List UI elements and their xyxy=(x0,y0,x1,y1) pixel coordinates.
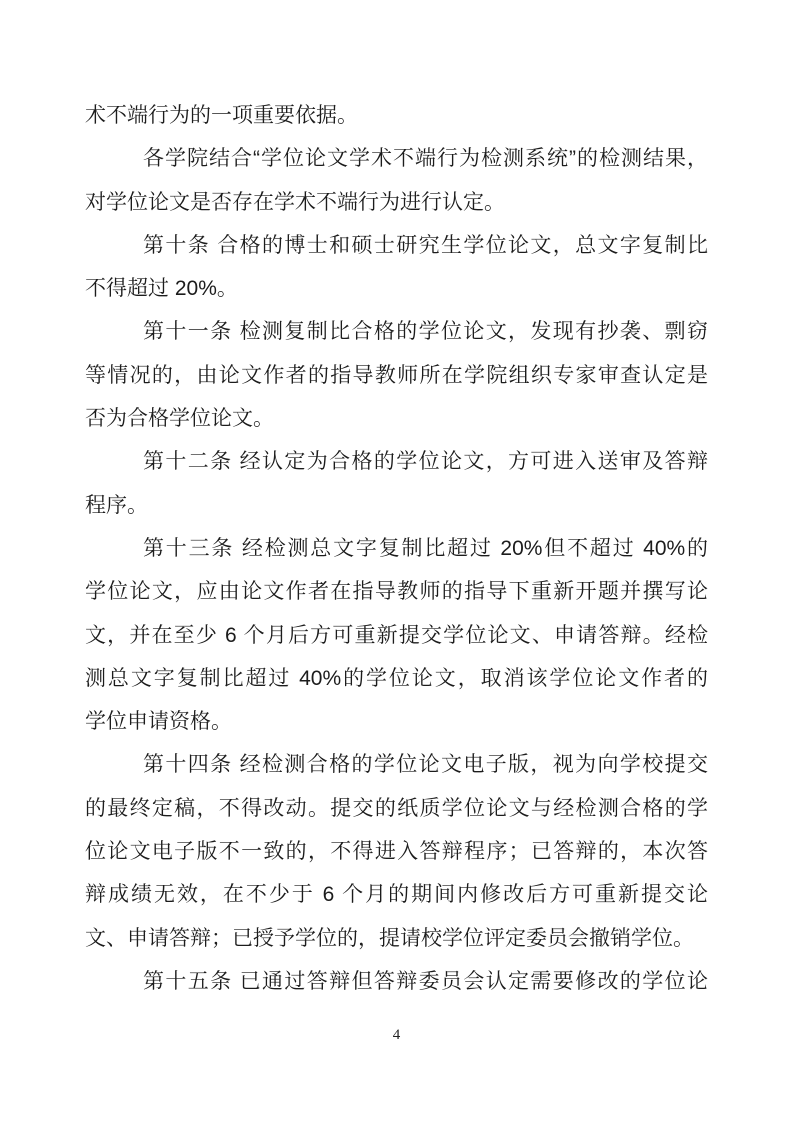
paragraph-1-line-1: 术不端行为的一项重要依据。 xyxy=(85,94,708,137)
paragraph-6-line-3: 文，并在至少 6 个月后方可重新提交学位论文、申请答辩。经检 xyxy=(85,614,708,657)
paragraph-3-line-2: 不得超过 20%。 xyxy=(85,267,708,310)
paragraph-5-line-2: 程序。 xyxy=(85,484,708,527)
paragraph-6-line-5: 学位申请资格。 xyxy=(85,700,708,743)
paragraph-4-line-3: 否为合格学位论文。 xyxy=(85,397,708,440)
paragraph-4-line-1: 第十一条 检测复制比合格的学位论文，发现有抄袭、剽窃 xyxy=(85,310,708,353)
page-number: 4 xyxy=(393,1027,401,1043)
paragraph-6-line-2: 学位论文，应由论文作者在指导教师的指导下重新开题并撰写论 xyxy=(85,570,708,613)
paragraph-2-line-2: 对学位论文是否存在学术不端行为进行认定。 xyxy=(85,181,708,224)
paragraph-2-line-1: 各学院结合“学位论文学术不端行为检测系统”的检测结果， xyxy=(85,137,708,180)
paragraph-8-line-1: 第十五条 已通过答辩但答辩委员会认定需要修改的学位论 xyxy=(85,960,708,1003)
paragraph-7-line-2: 的最终定稿，不得改动。提交的纸质学位论文与经检测合格的学 xyxy=(85,787,708,830)
paragraph-5-line-1: 第十二条 经认定为合格的学位论文，方可进入送审及答辩 xyxy=(85,440,708,483)
paragraph-6-line-4: 测总文字复制比超过 40%的学位论文，取消该学位论文作者的 xyxy=(85,657,708,700)
document-body: 术不端行为的一项重要依据。各学院结合“学位论文学术不端行为检测系统”的检测结果，… xyxy=(85,94,708,1003)
document-page: 术不端行为的一项重要依据。各学院结合“学位论文学术不端行为检测系统”的检测结果，… xyxy=(0,0,793,1122)
paragraph-7-line-3: 位论文电子版不一致的，不得进入答辩程序；已答辩的，本次答 xyxy=(85,830,708,873)
paragraph-3-line-1: 第十条 合格的博士和硕士研究生学位论文，总文字复制比 xyxy=(85,224,708,267)
paragraph-7-line-5: 文、申请答辩；已授予学位的，提请校学位评定委员会撤销学位。 xyxy=(85,917,708,960)
page-footer: 4 xyxy=(0,1026,793,1044)
paragraph-4-line-2: 等情况的，由论文作者的指导教师所在学院组织专家审查认定是 xyxy=(85,354,708,397)
paragraph-7-line-1: 第十四条 经检测合格的学位论文电子版，视为向学校提交 xyxy=(85,743,708,786)
paragraph-6-line-1: 第十三条 经检测总文字复制比超过 20%但不超过 40%的 xyxy=(85,527,708,570)
paragraph-7-line-4: 辩成绩无效，在不少于 6 个月的期间内修改后方可重新提交论 xyxy=(85,873,708,916)
